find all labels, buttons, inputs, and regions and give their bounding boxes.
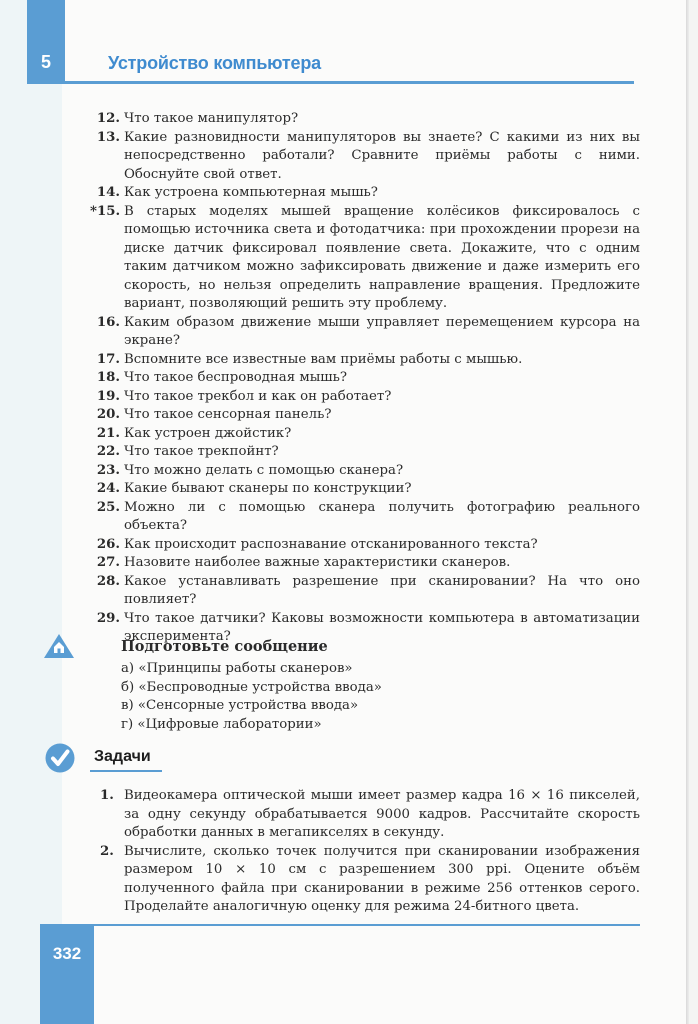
question-number: 21. xyxy=(90,425,124,444)
question-number: 16. xyxy=(90,314,124,351)
question-number: 29. xyxy=(90,610,124,647)
question-text: Каким образом движение мыши управляет пе… xyxy=(124,314,640,351)
task-item: 2.Вычислите, сколько точек получится при… xyxy=(100,843,640,917)
question-text: Как устроена компьютерная мышь? xyxy=(124,184,640,203)
question-text: Можно ли с помощью сканера получить фото… xyxy=(124,499,640,536)
question-number: 18. xyxy=(90,369,124,388)
question-number: 23. xyxy=(90,462,124,481)
prepare-message-item: г) «Цифровые лаборатории» xyxy=(121,716,382,735)
question-text: Какие разновидности манипуляторов вы зна… xyxy=(124,129,640,185)
question-item: 16.Каким образом движение мыши управляет… xyxy=(90,314,640,351)
question-text: Что такое трекбол и как он работает? xyxy=(124,388,640,407)
question-item: 26.Как происходит распознавание отсканир… xyxy=(90,536,640,555)
question-text: Вспомните все известные вам приёмы работ… xyxy=(124,351,640,370)
question-number: 26. xyxy=(90,536,124,555)
prepare-message-list: а) «Принципы работы сканеров» б) «Беспро… xyxy=(121,660,382,734)
question-item: 13.Какие разновидности манипуляторов вы … xyxy=(90,129,640,185)
question-item: 22.Что такое трекпойнт? xyxy=(90,443,640,462)
question-item: 14.Как устроена компьютерная мышь? xyxy=(90,184,640,203)
question-number: 14. xyxy=(90,184,124,203)
question-text: Как устроен джойстик? xyxy=(124,425,640,444)
checkmark-icon xyxy=(45,743,75,773)
question-number: 24. xyxy=(90,480,124,499)
question-item: 12.Что такое манипулятор? xyxy=(90,110,640,129)
prepare-message-item: в) «Сенсорные устройства ввода» xyxy=(121,697,382,716)
tasks-list: 1.Видеокамера оптической мыши имеет разм… xyxy=(100,787,640,917)
question-item: 19.Что такое трекбол и как он работает? xyxy=(90,388,640,407)
question-item: 25.Можно ли с помощью сканера получить ф… xyxy=(90,499,640,536)
question-number: 20. xyxy=(90,406,124,425)
chapter-number: 5 xyxy=(27,52,65,73)
task-number: 1. xyxy=(100,787,124,843)
question-number: 22. xyxy=(90,443,124,462)
question-item: 18.Что такое беспроводная мышь? xyxy=(90,369,640,388)
prepare-message-title: Подготовьте сообщение xyxy=(121,638,328,655)
tasks-title-underline xyxy=(90,770,162,772)
task-item: 1.Видеокамера оптической мыши имеет разм… xyxy=(100,787,640,843)
question-number: *15. xyxy=(90,203,124,314)
questions-list: 12.Что такое манипулятор? 13.Какие разно… xyxy=(90,110,640,647)
textbook-page: 5 Устройство компьютера 12.Что такое ман… xyxy=(0,0,688,1024)
chapter-title: Устройство компьютера xyxy=(108,53,321,74)
question-text: Какие бывают сканеры по конструкции? xyxy=(124,480,640,499)
question-number: 25. xyxy=(90,499,124,536)
question-text: Что можно делать с помощью сканера? xyxy=(124,462,640,481)
task-text: Вычислите, сколько точек получится при с… xyxy=(124,843,640,917)
page-edge-shadow xyxy=(686,0,689,1024)
task-text: Видеокамера оптической мыши имеет размер… xyxy=(124,787,640,843)
question-text: Что такое сенсорная панель? xyxy=(124,406,640,425)
page-number-tab xyxy=(40,925,94,1024)
task-number: 2. xyxy=(100,843,124,917)
question-text: Что такое трекпойнт? xyxy=(124,443,640,462)
page-number: 332 xyxy=(40,944,94,964)
question-number: 19. xyxy=(90,388,124,407)
question-item: *15.В старых моделях мышей вращение колё… xyxy=(90,203,640,314)
question-number: 27. xyxy=(90,554,124,573)
question-text: Что такое манипулятор? xyxy=(124,110,640,129)
question-item: 27.Назовите наиболее важные характеристи… xyxy=(90,554,640,573)
question-item: 17.Вспомните все известные вам приёмы ра… xyxy=(90,351,640,370)
prepare-message-item: а) «Принципы работы сканеров» xyxy=(121,660,382,679)
question-number: 12. xyxy=(90,110,124,129)
question-text: Как происходит распознавание отсканирова… xyxy=(124,536,640,555)
question-text: Что такое беспроводная мышь? xyxy=(124,369,640,388)
question-text: Назовите наиболее важные характеристики … xyxy=(124,554,640,573)
question-item: 24.Какие бывают сканеры по конструкции? xyxy=(90,480,640,499)
question-item: 28.Какое устанавливать разрешение при ск… xyxy=(90,573,640,610)
question-item: 20.Что такое сенсорная панель? xyxy=(90,406,640,425)
question-text: В старых моделях мышей вращение колёсико… xyxy=(124,203,640,314)
question-item: 21.Как устроен джойстик? xyxy=(90,425,640,444)
left-margin-strip xyxy=(0,0,62,1024)
question-number: 13. xyxy=(90,129,124,185)
tasks-title: Задачи xyxy=(94,748,151,766)
footer-divider xyxy=(40,924,640,926)
question-number: 17. xyxy=(90,351,124,370)
home-icon xyxy=(44,634,74,658)
header-divider xyxy=(27,81,634,84)
question-number: 28. xyxy=(90,573,124,610)
question-text: Какое устанавливать разрешение при скани… xyxy=(124,573,640,610)
question-item: 23.Что можно делать с помощью сканера? xyxy=(90,462,640,481)
prepare-message-item: б) «Беспроводные устройства ввода» xyxy=(121,679,382,698)
